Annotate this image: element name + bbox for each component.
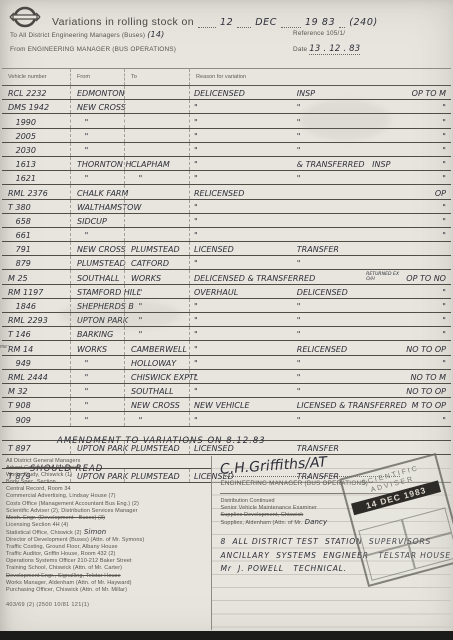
title-date-month: DEC	[255, 17, 277, 28]
to-line: To All District Engineering Managers (Bu…	[10, 30, 176, 39]
distribution-item: Scientific Adviser (2), Distribution Ser…	[6, 508, 211, 515]
table-row: 658SIDCUP""	[2, 214, 451, 228]
distribution-item: All District General Managers	[6, 458, 211, 465]
cell-vehicle: M 25	[2, 270, 70, 283]
cell-vehicle: 791	[2, 242, 70, 255]
table-row: 909 " """"	[2, 412, 451, 426]
cell-reason: ""	[189, 200, 451, 213]
cell-to: CHISWICK EXPTL	[124, 370, 189, 383]
cell-vehicle: 1846	[2, 299, 70, 312]
reason-main: "	[194, 217, 297, 226]
distribution-item: Traffic Auditor, Griffin House, Room 432…	[6, 551, 211, 558]
scan-artifact	[300, 100, 390, 140]
cell-from: WALTHAMSTOW	[70, 200, 124, 213]
cell-reason: OVERHAULDELICENSED"	[189, 285, 451, 298]
signature: C.H.Griffiths/AT	[220, 454, 328, 477]
cell-to	[124, 86, 189, 99]
reason-extra: "	[297, 174, 366, 183]
cell-from: STAMFORD HILL	[70, 285, 124, 298]
margin-scribble: me~	[0, 344, 14, 356]
distribution-item: Licensing Section 4H (4)	[6, 522, 211, 529]
date-value: 13 . 12 . 83	[309, 44, 360, 55]
reason-main: "	[194, 302, 297, 311]
status: "	[402, 288, 451, 297]
cell-reason: """	[189, 143, 451, 156]
cell-to: "	[124, 412, 189, 425]
distribution-list: All District General ManagersAdvert Comm…	[2, 456, 211, 630]
cell-to: CLAPHAM	[124, 157, 189, 170]
cell-from: PLUMSTEAD	[70, 256, 124, 269]
cell-vehicle: RCL 2232	[2, 86, 70, 99]
cell-from: "	[70, 228, 124, 241]
cell-vehicle: 661	[2, 228, 70, 241]
cell-from: "	[70, 384, 124, 397]
table-row: 791NEW CROSSPLUMSTEADLICENSEDTRANSFER	[2, 242, 451, 256]
distribution-item: Advert Commercial, Chiswick	[6, 465, 211, 472]
status: "	[402, 174, 451, 183]
table-row: 2005 """"	[2, 129, 451, 143]
variations-table: Vehicle number From To Reason for variat…	[2, 68, 451, 483]
reason-main: "	[194, 103, 297, 112]
reason-extra: "	[297, 316, 366, 325]
distribution-item: Commercial Advertising, Lindsay House (7…	[6, 493, 211, 500]
scan-artifact	[60, 300, 180, 330]
title-number: (240)	[349, 17, 378, 28]
distribution-item: Operations Systems Officer 210-212 Baker…	[6, 558, 211, 565]
cell-vehicle: 658	[2, 214, 70, 227]
cell-vehicle: M 32	[2, 384, 70, 397]
cell-reason: """	[189, 313, 451, 326]
cell-to: PLUMSTEAD	[124, 242, 189, 255]
cell-from: "	[70, 143, 124, 156]
status: "	[402, 132, 451, 141]
status: NO TO OP	[402, 345, 451, 354]
status: "	[402, 118, 451, 127]
cell-from: "	[70, 398, 124, 411]
table-row: T 146BARKING """"	[2, 327, 451, 341]
table-row: 1613THORNTON HCLAPHAM"& TRANSFERRED INSP…	[2, 157, 451, 171]
status: "	[402, 160, 451, 169]
cell-reason: ""	[189, 228, 451, 241]
reference: Reference 105/1/	[293, 30, 443, 37]
reason-main: "	[194, 345, 297, 354]
status: "	[402, 330, 451, 339]
cell-from: NEW CROSS	[70, 242, 124, 255]
reason-main: "	[194, 359, 297, 368]
table-row: T 380WALTHAMSTOW""	[2, 200, 451, 214]
cell-to: HOLLOWAY	[124, 356, 189, 369]
london-transport-roundel-logo	[8, 6, 42, 28]
table-row: M 32 "SOUTHALL""NO TO OP	[2, 384, 451, 398]
cell-from: "	[70, 114, 124, 127]
table-row: RML 2444 "CHISWICK EXPTL""NO TO M	[2, 370, 451, 384]
reason-main: "	[194, 259, 297, 268]
status: NO TO OP	[402, 387, 451, 396]
cell-to	[124, 200, 189, 213]
cell-vehicle: 1621	[2, 171, 70, 184]
cell-to	[124, 100, 189, 113]
distribution-item: Statistical Office, Chiswick (2) Simon	[6, 529, 211, 537]
distribution-item: Traffic Costing, Ground Floor, Albany Ho…	[6, 544, 211, 551]
reason-main: "	[194, 118, 297, 127]
form-title: Variations in rolling stock on	[52, 16, 194, 28]
cell-reason: """	[189, 412, 451, 425]
table-row: RML 2376CHALK FARMRELICENSEDOP	[2, 185, 451, 199]
form-print-code: 403/69 (2) (2500 10/81 121(1)	[6, 602, 211, 608]
reason-extra: INSP	[297, 89, 366, 98]
reason-note: RETURNED EX O/H	[366, 273, 402, 283]
reason-extra: DELICENSED	[297, 288, 366, 297]
cell-vehicle: 1990	[2, 114, 70, 127]
dotted-leader	[281, 17, 301, 28]
cell-reason: ""NO TO M	[189, 370, 451, 383]
cell-reason: """	[189, 299, 451, 312]
cell-from: NEW CROSS	[70, 100, 124, 113]
cell-to: NEW CROSS	[124, 398, 189, 411]
distribution-item: Works Manager, Aldenham (Attn. of Mr. Ha…	[6, 580, 211, 587]
dotted-leader	[237, 17, 251, 28]
title-date-day: 12	[220, 17, 233, 28]
table-row: 949 "HOLLOWAY"""	[2, 356, 451, 370]
cell-reason: "RELICENSEDNO TO OP	[189, 341, 451, 354]
cell-vehicle: T 146	[2, 327, 70, 340]
cell-vehicle: T 908	[2, 398, 70, 411]
cell-reason: "& TRANSFERRED INSP"	[189, 157, 451, 170]
reason-main: "	[194, 160, 297, 169]
reason-extra: TRANSFER	[297, 444, 366, 453]
status: "	[402, 302, 451, 311]
reason-main: "	[194, 231, 297, 240]
reason-extra: "	[297, 359, 366, 368]
dotted-leader	[339, 17, 345, 28]
dotted-leader	[198, 17, 216, 28]
distribution-item: Director of Development (Buses) (Attn. o…	[6, 537, 211, 544]
cell-vehicle: DMS 1942	[2, 100, 70, 113]
cell-from: EDMONTON	[70, 86, 124, 99]
status: "	[402, 231, 451, 240]
reason-main: DELICENSED & TRANSFERRED	[194, 274, 297, 283]
status: "	[402, 217, 451, 226]
cell-from: THORNTON H	[70, 157, 124, 170]
distribution-item: Training School, Chiswick (Attn. of Mr. …	[6, 565, 211, 572]
reason-main: OVERHAUL	[194, 288, 297, 297]
reason-main: "	[194, 174, 297, 183]
reason-extra: "	[297, 259, 366, 268]
to-annotation: (14)	[147, 30, 164, 39]
reason-main: "	[194, 203, 297, 212]
status: NO TO M	[402, 373, 451, 382]
status: "	[402, 316, 451, 325]
handwritten-annotation: Dancy	[302, 518, 327, 526]
title-year: 19 83	[305, 17, 335, 28]
cell-from: CHALK FARM	[70, 185, 124, 198]
date-line: Date 13 . 12 . 83	[293, 44, 443, 54]
cell-to	[124, 214, 189, 227]
cell-from: "	[70, 412, 124, 425]
heading-text: AMENDMENT TO VARIATIONS ON 8.12.83	[2, 436, 266, 446]
cell-vehicle: 909	[2, 412, 70, 425]
reason-main: RELICENSED	[194, 189, 297, 198]
reason-main: "	[194, 387, 297, 396]
reason-extra: "	[297, 330, 366, 339]
cell-reason: """	[189, 327, 451, 340]
cell-reason: ""	[189, 214, 451, 227]
scan-edge-bar	[0, 631, 453, 640]
status: "	[402, 416, 451, 425]
status: OP TO M	[402, 89, 451, 98]
cell-to	[124, 143, 189, 156]
reason-main: "	[194, 373, 297, 382]
reason-extra: "	[297, 416, 366, 425]
cell-reason: """	[189, 356, 451, 369]
table-row: RCL 2232EDMONTONDELICENSEDINSPOP TO M	[2, 86, 451, 100]
cell-reason: DELICENSED & TRANSFERREDRETURNED EX O/HO…	[189, 270, 451, 283]
table-row: RM 14WORKSCAMBERWELL"RELICENSEDNO TO OP	[2, 341, 451, 355]
distribution-item: Central Record, Room 34	[6, 486, 211, 493]
cell-to: SOUTHALL	[124, 384, 189, 397]
cell-reason: """	[189, 171, 451, 184]
status: "	[402, 103, 451, 112]
cell-from: "	[70, 171, 124, 184]
cell-to	[124, 185, 189, 198]
status: "	[402, 359, 451, 368]
cell-to	[124, 228, 189, 241]
reason-extra: "	[297, 387, 366, 396]
cell-from: SIDCUP	[70, 214, 124, 227]
distribution-item: Purchasing Officer, Chiswick (Attn. of M…	[6, 587, 211, 594]
cell-vehicle: 879	[2, 256, 70, 269]
cell-vehicle: RML 2444	[2, 370, 70, 383]
date-label: Date	[293, 46, 307, 53]
status: "	[402, 146, 451, 155]
table-row: 1621 " """"	[2, 171, 451, 185]
table-row: AMENDMENT TO VARIATIONS ON 8.12.83	[2, 427, 451, 441]
table-header: Vehicle number From To Reason for variat…	[2, 68, 451, 86]
table-row: RM 1197STAMFORD HILL "OVERHAULDELICENSED…	[2, 285, 451, 299]
cell-reason: DELICENSEDINSPOP TO M	[189, 86, 451, 99]
cell-to	[124, 129, 189, 142]
form-meta: To All District Engineering Managers (Bu…	[10, 30, 443, 61]
to-text: To All District Engineering Managers (Bu…	[10, 32, 145, 39]
cell-vehicle: 1613	[2, 157, 70, 170]
status: OP TO NO	[402, 274, 451, 283]
reason-main: "	[194, 146, 297, 155]
reason-main: "	[194, 316, 297, 325]
from-line: From ENGINEERING MANAGER (BUS OPERATIONS…	[10, 46, 176, 53]
reason-extra: RELICENSED	[297, 345, 366, 354]
cell-to: CAMBERWELL	[124, 341, 189, 354]
col-to: To	[124, 69, 189, 85]
reason-extra: "	[297, 302, 366, 311]
reason-extra: & TRANSFERRED INSP	[297, 160, 366, 169]
cell-from: "	[70, 356, 124, 369]
reason-main: LICENSED	[194, 245, 297, 254]
reason-extra: TRANSFER	[297, 245, 366, 254]
cell-reason: RELICENSEDOP	[189, 185, 451, 198]
distribution-item: Works Study, Chiswick (1)	[6, 472, 211, 479]
cell-vehicle: 949	[2, 356, 70, 369]
form-header: Variations in rolling stock on 12 DEC 19…	[8, 6, 449, 28]
cell-reason: ""	[189, 256, 451, 269]
cell-to: "	[124, 171, 189, 184]
table-row: 661 """	[2, 228, 451, 242]
cell-from: WORKS	[70, 341, 124, 354]
reason-extra: LICENSED & TRANSFERRED	[297, 401, 366, 410]
distribution-item: Mech. Engr. (Development - Buses) (3)	[6, 515, 211, 522]
col-vehicle-number: Vehicle number	[2, 69, 70, 85]
cell-to	[124, 114, 189, 127]
cell-to: WORKS	[124, 270, 189, 283]
col-reason: Reason for variation	[189, 69, 451, 85]
cell-from: "	[70, 370, 124, 383]
cell-reason: ""NO TO OP	[189, 384, 451, 397]
reason-extra: "	[297, 146, 366, 155]
col-from: From	[70, 69, 124, 85]
reason-main: DELICENSED	[194, 89, 297, 98]
table-row: M 25SOUTHALLWORKSDELICENSED & TRANSFERRE…	[2, 270, 451, 284]
cell-reason: NEW VEHICLELICENSED & TRANSFERREDM TO OP	[189, 398, 451, 411]
cell-from: "	[70, 129, 124, 142]
table-row: T 908 "NEW CROSSNEW VEHICLELICENSED & TR…	[2, 398, 451, 412]
distribution-item: Costs Office (Management Accountant Bus …	[6, 501, 211, 508]
table-row: 879PLUMSTEADCATFORD""	[2, 256, 451, 270]
scanned-form: Variations in rolling stock on 12 DEC 19…	[0, 0, 453, 640]
reason-main: NEW VEHICLE	[194, 401, 297, 410]
cell-vehicle: RML 2376	[2, 185, 70, 198]
cell-to: "	[124, 285, 189, 298]
cell-vehicle: 2005	[2, 129, 70, 142]
status: OP	[402, 189, 451, 198]
cell-reason: LICENSEDTRANSFER	[189, 242, 451, 255]
table-row: 2030 """"	[2, 143, 451, 157]
cell-to: CATFORD	[124, 256, 189, 269]
reason-main: "	[194, 330, 297, 339]
reason-main: "	[194, 132, 297, 141]
cell-vehicle: 2030	[2, 143, 70, 156]
distribution-item: Body Spec. Section	[6, 479, 211, 486]
reason-main: "	[194, 416, 297, 425]
reason-extra: "	[297, 373, 366, 382]
cell-vehicle: T 380	[2, 200, 70, 213]
cell-vehicle: RM 1197	[2, 285, 70, 298]
distribution-item: Development Engr., Signalling, Telstar H…	[6, 573, 211, 580]
handwritten-annotation: Simon	[82, 528, 107, 536]
status: M TO OP	[402, 401, 451, 410]
status: "	[402, 203, 451, 212]
cell-from: SOUTHALL	[70, 270, 124, 283]
table-body: RCL 2232EDMONTONDELICENSEDINSPOP TO MDMS…	[2, 86, 451, 483]
